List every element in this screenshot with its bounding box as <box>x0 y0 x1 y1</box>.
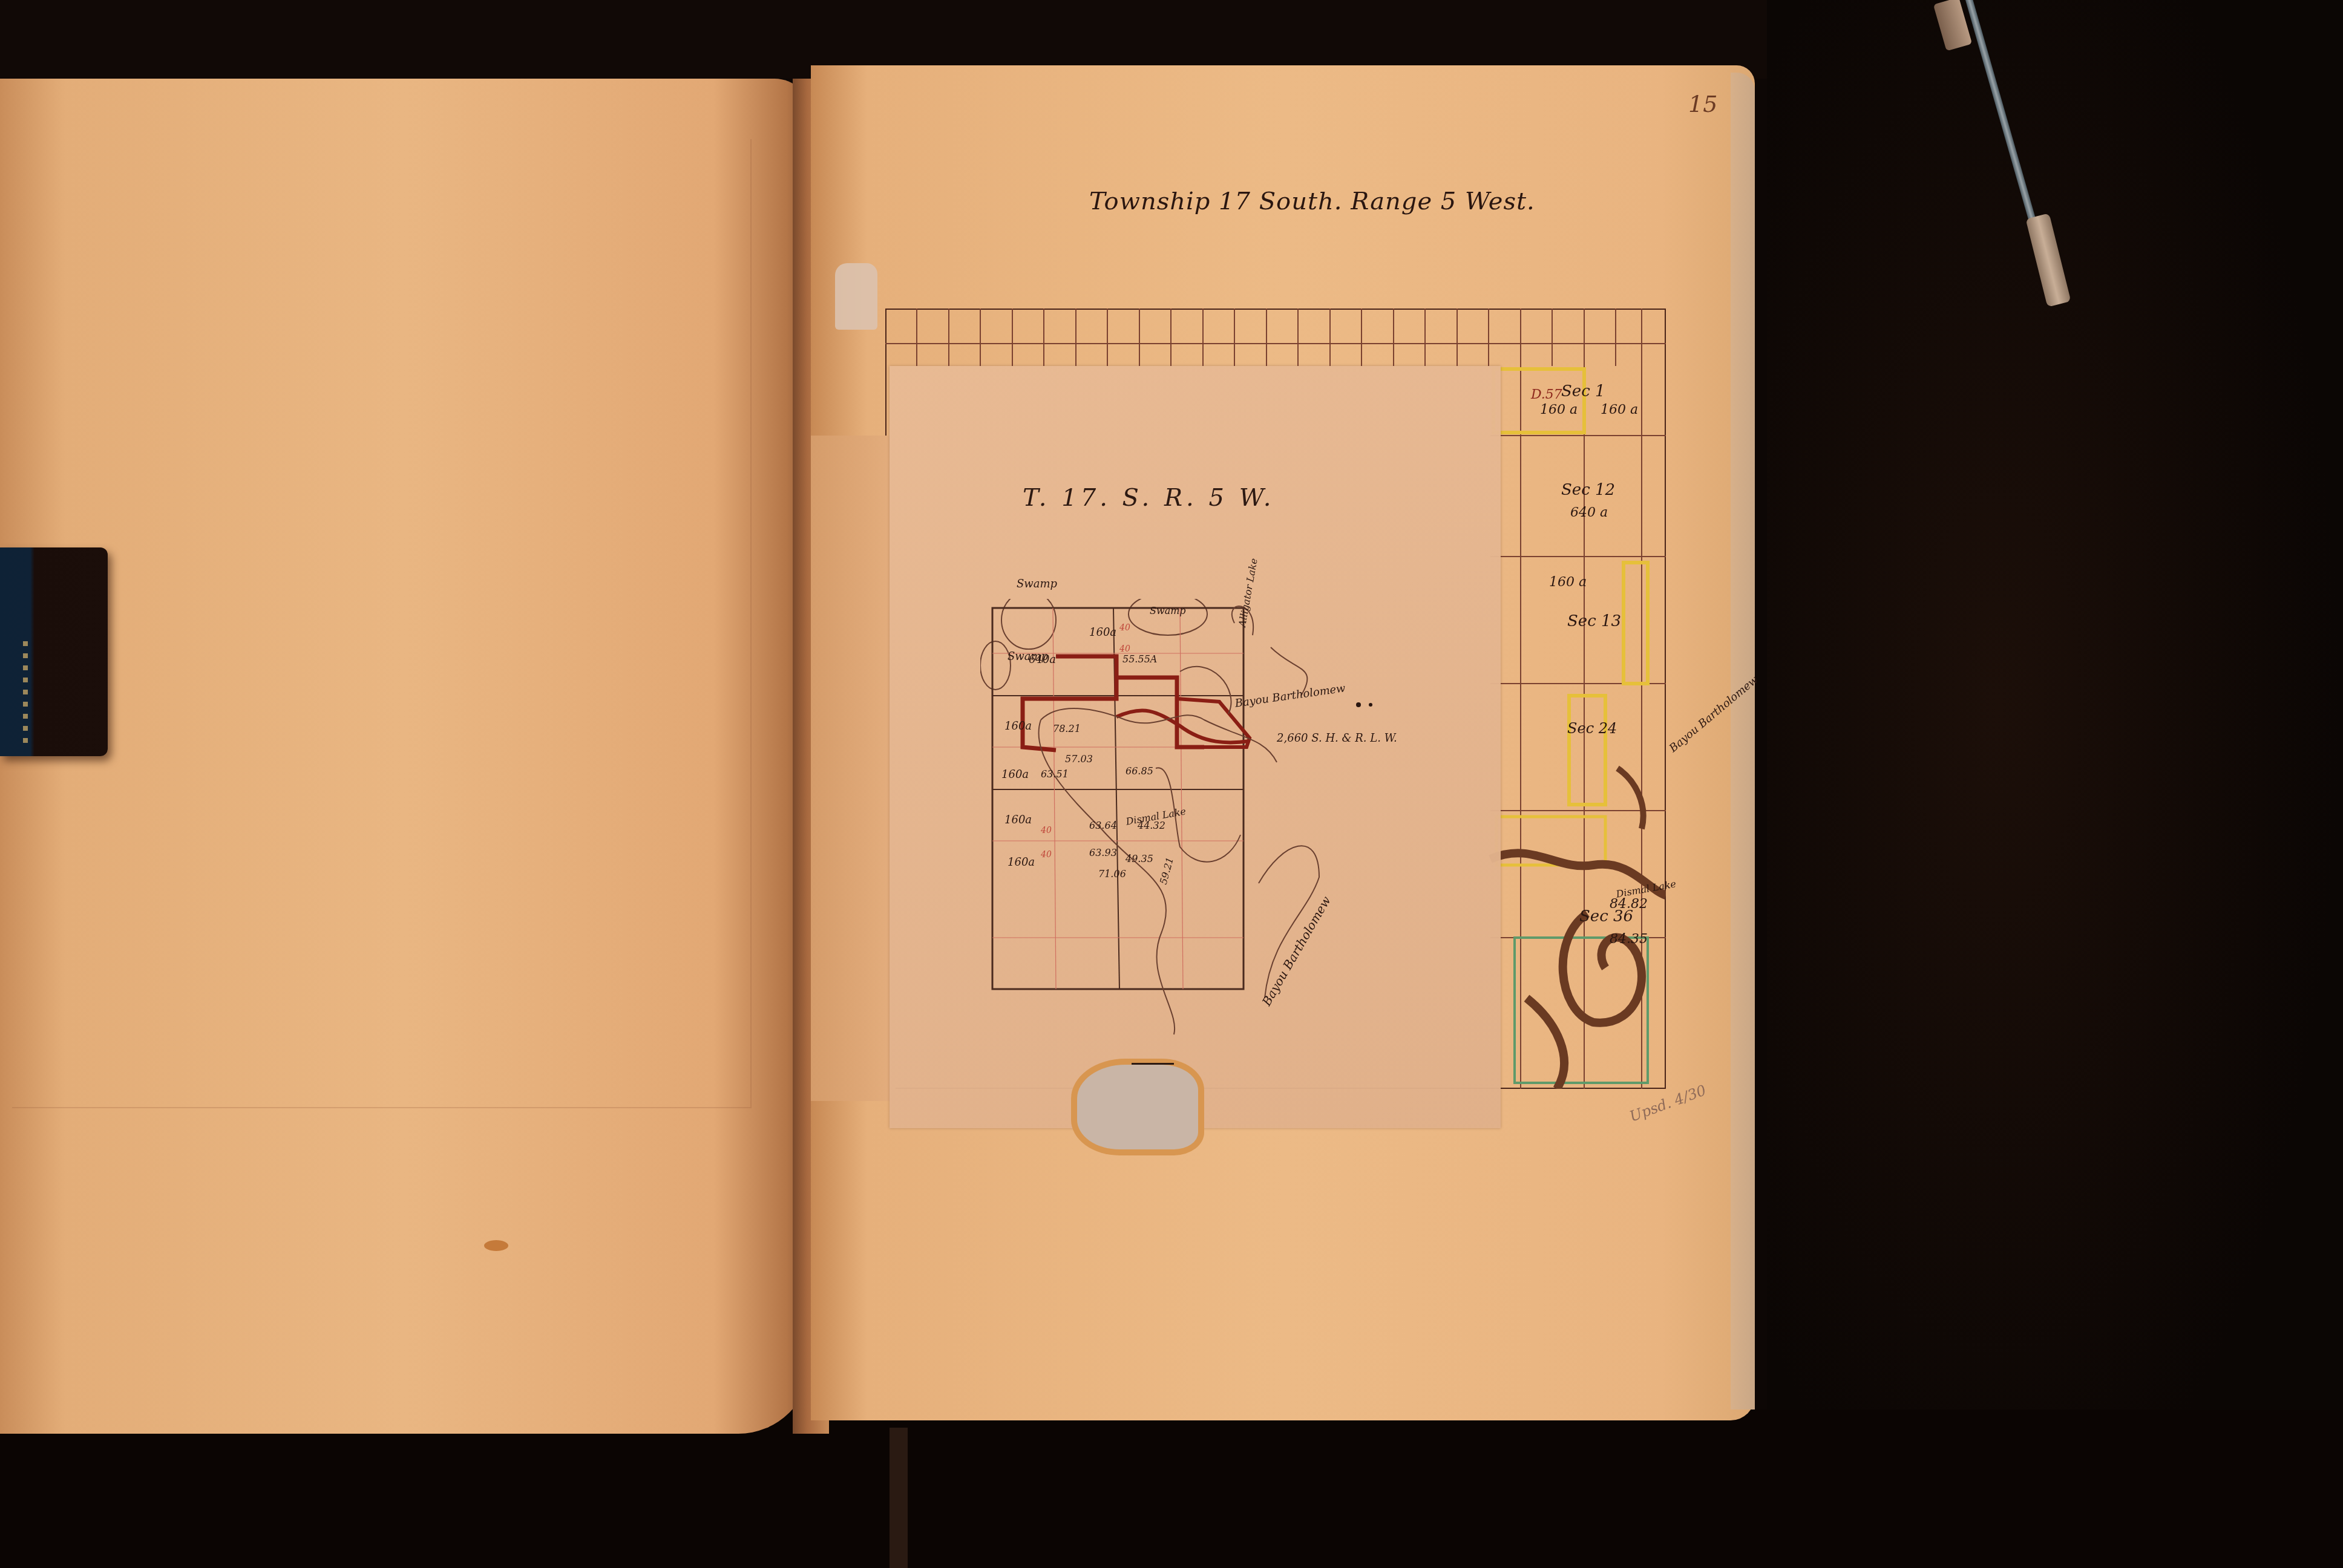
ink-line-fragment <box>1132 1063 1174 1065</box>
overlay-left-edge <box>811 436 896 1101</box>
sec12-acreage: 640 a <box>1570 505 1608 520</box>
overlay-side-note: 2,660 S. H. & R. L. W. <box>1277 732 1397 745</box>
sec1-acreage-2: 160 a <box>1601 402 1638 417</box>
overlay-acreage-10: 63.51 <box>1041 768 1069 780</box>
overlay-acreage-3: 160a <box>1004 720 1032 733</box>
sec13-label: Sec 13 <box>1567 612 1621 630</box>
overlay-acreage-8: 78.21 <box>1053 723 1081 734</box>
overlay-acreage-15: 49.35 <box>1126 853 1153 864</box>
overlay-acreage-5: 160a <box>1004 814 1032 826</box>
overlay-acreage-2: 640a <box>1029 653 1056 666</box>
sec36-value: 84.82 <box>1610 897 1648 912</box>
sec24-label: Sec 24 <box>1567 720 1617 737</box>
overlay-title: T. 17. S. R. 5 W. <box>1023 484 1275 512</box>
overlay-acreage-16: 71.06 <box>1098 868 1126 880</box>
page-number: 15 <box>1688 91 1717 117</box>
bookmark-weight[interactable] <box>0 547 108 756</box>
page-title: Township 17 South. Range 5 West. <box>1089 188 1535 215</box>
paper-repair-patch <box>1077 1065 1198 1149</box>
book-stand <box>890 1428 908 1568</box>
sec1-label: Sec 1 <box>1561 382 1605 400</box>
overlay-acreage-4: 160a <box>1001 768 1029 781</box>
overlay-acreage-14: 63.93 <box>1089 847 1117 858</box>
overlay-swamp-label-3: Swamp <box>1150 605 1186 616</box>
overlay-acreage-13: 44.32 <box>1138 820 1165 831</box>
overlay-sketch-map <box>980 599 1525 1059</box>
overlay-acreage-7: 55.55A <box>1122 653 1157 665</box>
left-page-stain <box>484 1240 508 1251</box>
background-right <box>1767 0 2343 1568</box>
overlay-acreage-9: 57.03 <box>1065 753 1093 765</box>
sec1-value: D.57 <box>1531 387 1562 402</box>
overlay-swamp-label-1: Swamp <box>1017 578 1057 590</box>
overlay-red-value-4: 40 <box>1041 850 1052 860</box>
sec36-value-2: 84.35 <box>1610 932 1648 947</box>
sec13-acreage: 160 a <box>1549 575 1587 590</box>
overlay-red-value-1: 40 <box>1119 623 1130 633</box>
bookmark-stitching <box>23 641 28 750</box>
overlay-red-value-3: 40 <box>1041 826 1052 835</box>
overlay-acreage-6: 160a <box>1008 856 1035 869</box>
page-edge <box>1731 73 1755 1410</box>
overlay-tab <box>835 263 877 330</box>
overlay-red-value-2: 40 <box>1119 644 1130 654</box>
sec1-acreage-1: 160 a <box>1540 402 1578 417</box>
left-page-ruled-frame <box>12 139 752 1108</box>
sec12-label: Sec 12 <box>1561 481 1615 499</box>
overlay-acreage-11: 66.85 <box>1126 765 1153 777</box>
overlay-acreage-1: 160a <box>1089 626 1116 639</box>
overlay-acreage-12: 63.64 <box>1089 820 1117 831</box>
